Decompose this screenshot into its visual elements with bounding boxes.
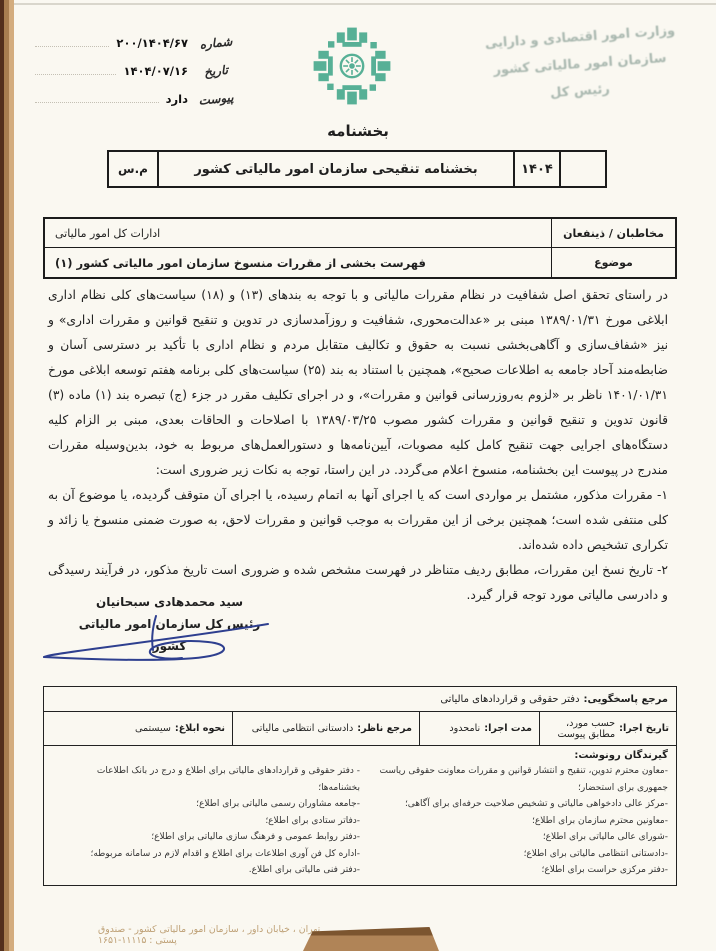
body-paragraph: در راستای تحقق اصل شفافیت در نظام مقررات… [48, 283, 668, 483]
exec-date-label: تاریخ اجرا: [619, 723, 669, 734]
subject-label: موضوع [551, 248, 675, 277]
cc-item: -معاونین محترم سازمان برای اطلاع؛ [360, 813, 668, 830]
subject-value: فهرست بخشی از مقررات منسوخ سازمان امور م… [45, 248, 551, 277]
header-table-title-cell: بخشنامه تنقیحی سازمان امور مالیاتی کشور [159, 152, 515, 186]
info-table: ادارات کل امور مالیاتی مخاطبان / ذینفعان… [43, 217, 677, 279]
dotted-line [35, 46, 109, 47]
cc-item: -شورای عالی مالیاتی برای اطلاع؛ [360, 829, 668, 846]
meta-attachment-row: پیوست دارد [35, 89, 237, 108]
cc-right-column: -معاون محترم تدوین، تنقیح و انتشار قوانی… [360, 763, 668, 879]
cc-item: -مرکز عالی دادخواهی مالیاتی و تشخیص صلاح… [360, 796, 668, 813]
handwritten-signature-icon [40, 610, 275, 670]
audience-row: ادارات کل امور مالیاتی مخاطبان / ذینفعان [45, 219, 675, 248]
notify-label: نحوه ابلاغ: [175, 723, 225, 734]
cc-label: گیرندگان رونوشت: [52, 750, 668, 761]
date-value: ۱۴۰۴/۰۷/۱۶ [123, 64, 188, 78]
execution-row: تاریخ اجرا: حسب مورد، مطابق پیوست مدت اج… [44, 712, 676, 746]
responder-value: دفتر حقوقی و قراردادهای مالیاتی [440, 694, 579, 705]
header-table: م.س بخشنامه تنقیحی سازمان امور مالیاتی ک… [107, 150, 607, 188]
cc-item: -دفتر فنی مالیاتی برای اطلاع. [52, 862, 360, 879]
date-label: تاریخ [194, 61, 237, 79]
duration-cell: مدت اجرا: نامحدود [419, 712, 539, 745]
cc-section: گیرندگان رونوشت: -معاون محترم تدوین، تنق… [44, 746, 676, 885]
cc-item: -معاون محترم تدوین، تنقیح و انتشار قوانی… [360, 763, 668, 796]
circular-body: در راستای تحقق اصل شفافیت در نظام مقررات… [48, 283, 668, 608]
header-table-year-cell: ۱۴۰۴ [515, 152, 561, 186]
cc-item: -دادستانی انتظامی مالیاتی برای اطلاع؛ [360, 846, 668, 863]
duration-label: مدت اجرا: [484, 723, 532, 734]
dotted-line [35, 102, 159, 103]
cc-item: -دفتر روابط عمومی و فرهنگ سازی مالیاتی ب… [52, 829, 360, 846]
number-value: ۲۰۰/۱۴۰۴/۶۷ [116, 36, 188, 50]
scan-edge-line [0, 3, 716, 5]
responder-row: مرجع پاسخگویی: دفتر حقوقی و قراردادهای م… [44, 687, 676, 712]
cc-item: - دفتر حقوقی و قراردادهای مالیاتی برای ا… [52, 763, 360, 796]
responder-label: مرجع پاسخگویی: [584, 694, 668, 705]
audience-label: مخاطبان / ذینفعان [551, 219, 675, 247]
header-table-empty-cell [561, 152, 605, 186]
body-item-1: ۱- مقررات مذکور، مشتمل بر مواردی است که … [48, 483, 668, 558]
header-table-ms-cell: م.س [109, 152, 159, 186]
dotted-line [35, 74, 116, 75]
notify-cell: نحوه ابلاغ: سیستمی [44, 712, 232, 745]
cc-item: -دفاتر ستادی برای اطلاع؛ [52, 813, 360, 830]
footer-address: تهران ، خیابان داور ، سازمان امور مالیات… [98, 924, 338, 946]
meta-number-row: شماره ۲۰۰/۱۴۰۴/۶۷ [35, 33, 237, 52]
page-title: بخشنامه [0, 122, 716, 140]
exec-date-cell: تاریخ اجرا: حسب مورد، مطابق پیوست [539, 712, 676, 745]
meta-date-row: تاریخ ۱۴۰۴/۰۷/۱۶ [35, 61, 237, 80]
audience-value: ادارات کل امور مالیاتی [45, 219, 551, 247]
scanned-circular-document: وزارت امور اقتصادی و دارایی سازمان امور … [0, 0, 716, 951]
document-meta: شماره ۲۰۰/۱۴۰۴/۶۷ تاریخ ۱۴۰۴/۰۷/۱۶ پیوست… [35, 33, 237, 108]
subject-row: فهرست بخشی از مقررات منسوخ سازمان امور م… [45, 248, 675, 277]
cc-item: -دفتر مرکزی حراست برای اطلاع؛ [360, 862, 668, 879]
footer-table: مرجع پاسخگویی: دفتر حقوقی و قراردادهای م… [43, 686, 677, 886]
cc-columns: -معاون محترم تدوین، تنقیح و انتشار قوانی… [52, 763, 668, 879]
notify-value: سیستمی [135, 723, 171, 734]
supervisor-label: مرجع ناظر: [357, 723, 412, 734]
exec-date-value: حسب مورد، مطابق پیوست [547, 718, 615, 740]
cc-item: -اداره کل فن آوری اطلاعات برای اطلاع و ا… [52, 846, 360, 863]
cc-item: -جامعه مشاوران رسمی مالیاتی برای اطلاع؛ [52, 796, 360, 813]
scan-binding-strip [0, 0, 14, 951]
number-label: شماره [194, 33, 237, 51]
attachment-value: دارد [166, 92, 188, 106]
letterhead: وزارت امور اقتصادی و دارایی سازمان امور … [470, 24, 690, 105]
cc-left-column: - دفتر حقوقی و قراردادهای مالیاتی برای ا… [52, 763, 360, 879]
supervisor-cell: مرجع ناظر: دادستانی انتظامی مالیاتی [232, 712, 419, 745]
tax-organization-logo-icon [312, 26, 392, 106]
supervisor-value: دادستانی انتظامی مالیاتی [252, 723, 353, 734]
duration-value: نامحدود [449, 723, 480, 734]
attachment-label: پیوست [194, 89, 237, 107]
